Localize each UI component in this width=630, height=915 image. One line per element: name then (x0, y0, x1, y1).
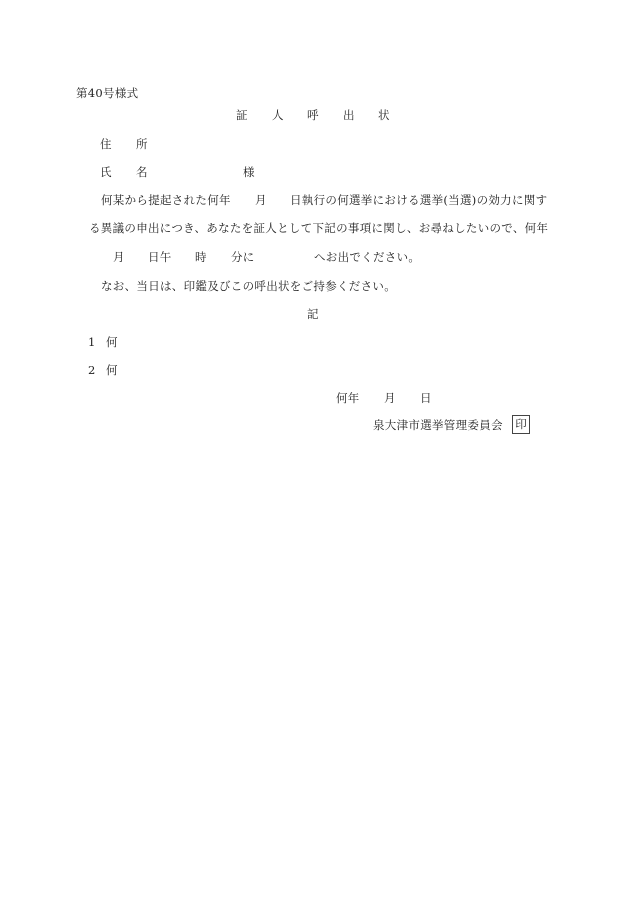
title-char: 状 (378, 108, 390, 122)
address-label-char: 所 (136, 137, 148, 151)
address-label-char: 住 (100, 137, 112, 151)
date-month: 月 (384, 391, 396, 405)
body-text: 時 (195, 250, 207, 264)
item-text: 何 (106, 335, 118, 349)
body-text: る異議の申出につき、あなたを証人として下記の事項に関し、お尋ねしたいので、何年 (89, 221, 548, 235)
ki-heading: 記 (307, 307, 319, 321)
name-label-char: 氏 (100, 165, 112, 179)
title-char: 出 (343, 108, 355, 122)
date-day: 日 (420, 391, 432, 405)
item-number: 2 (88, 363, 96, 377)
body-text: へお出でください。 (314, 250, 420, 264)
seal-box: 印 (512, 415, 530, 434)
title-char: 人 (272, 108, 284, 122)
body-text: 何某から提起された何年 (101, 193, 231, 207)
body-text: なお、当日は、印鑑及びこの呼出状をご持参ください。 (101, 279, 396, 293)
body-text: 分に (231, 250, 255, 264)
body-text: 月 (255, 193, 267, 207)
body-text: 日執行の何選挙における選挙(当選)の効力に関す (290, 193, 547, 207)
date-year: 何年 (336, 391, 360, 405)
item-text: 何 (106, 363, 118, 377)
honorific: 様 (243, 165, 255, 179)
title-char: 呼 (307, 108, 319, 122)
name-label-char: 名 (136, 165, 148, 179)
issuer-name: 泉大津市選挙管理委員会 (373, 418, 503, 432)
item-number: 1 (88, 335, 96, 349)
title-char: 証 (236, 108, 248, 122)
body-text: 日午 (148, 250, 172, 264)
form-number: 第40号様式 (76, 86, 138, 100)
body-text: 月 (113, 250, 125, 264)
